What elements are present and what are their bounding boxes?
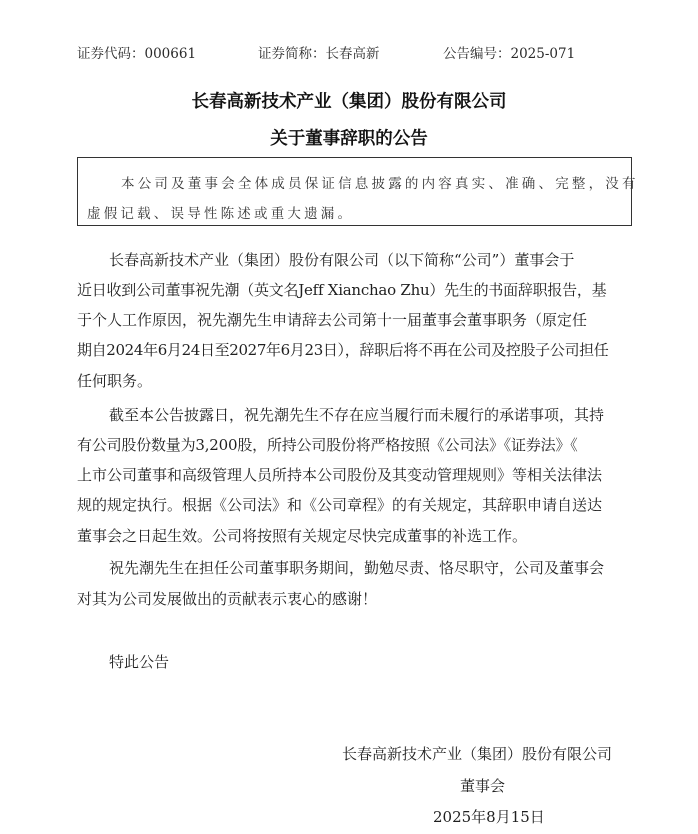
- body-line: 任何职务。: [77, 370, 152, 391]
- body-line: 董事会之日起生效。公司将按照有关规定尽快完成董事的补选工作。: [77, 525, 527, 546]
- notice-title: 关于董事辞职的公告: [0, 125, 698, 150]
- document-header: 证券代码：000661 证券简称：长春高新 公告编号：2025-071: [0, 42, 698, 62]
- body-line: 截至本公告披露日，祝先潮先生不存在应当履行而未履行的承诺事项，其持: [109, 404, 604, 425]
- signature-board: 董事会: [460, 775, 505, 796]
- body-line: 有公司股份数量为3,200股，所持公司股份将严格按照《公司法》《证券法》《: [77, 434, 578, 455]
- body-line: 祝先潮先生在担任公司董事职务期间，勤勉尽责、恪尽职守，公司及董事会: [109, 557, 604, 578]
- notice-number: 公告编号：2025-071: [443, 42, 575, 62]
- body-line: 规的规定执行。根据《公司法》和《公司章程》的有关规定，其辞职申请自送达: [77, 494, 602, 515]
- body-line: 于个人工作原因，祝先潮先生申请辞去公司第十一届董事会董事职务（原定任: [77, 309, 587, 330]
- company-title: 长春高新技术产业（集团）股份有限公司: [0, 88, 698, 113]
- security-abbreviation: 证券简称：长春高新: [258, 42, 380, 62]
- body-line: 上市公司董事和高级管理人员所持本公司股份及其变动管理规则》等相关法律法: [77, 464, 602, 485]
- body-line: 近日收到公司董事祝先潮（英文名Jeff Xianchao Zhu）先生的书面辞职…: [77, 279, 606, 300]
- disclaimer-line-1: 本公司及董事会全体成员保证信息披露的内容真实、准确、完整，没有: [121, 172, 639, 192]
- security-code: 证券代码：000661: [77, 42, 196, 62]
- body-line: 期自2024年6月24日至2027年6月23日），辞职后将不再在公司及控股子公司…: [77, 339, 608, 360]
- signature-company: 长春高新技术产业（集团）股份有限公司: [342, 743, 612, 764]
- closing-statement: 特此公告: [109, 651, 169, 672]
- signature-date: 2025年8月15日: [433, 806, 545, 827]
- disclaimer-line-2: 虚假记载、误导性陈述或重大遗漏。: [87, 202, 354, 222]
- body-line: 长春高新技术产业（集团）股份有限公司（以下简称“公司”）董事会于: [109, 249, 574, 270]
- body-line: 对其为公司发展做出的贡献表示衷心的感谢！: [77, 588, 377, 609]
- disclaimer-box: 本公司及董事会全体成员保证信息披露的内容真实、准确、完整，没有 虚假记载、误导性…: [77, 157, 632, 226]
